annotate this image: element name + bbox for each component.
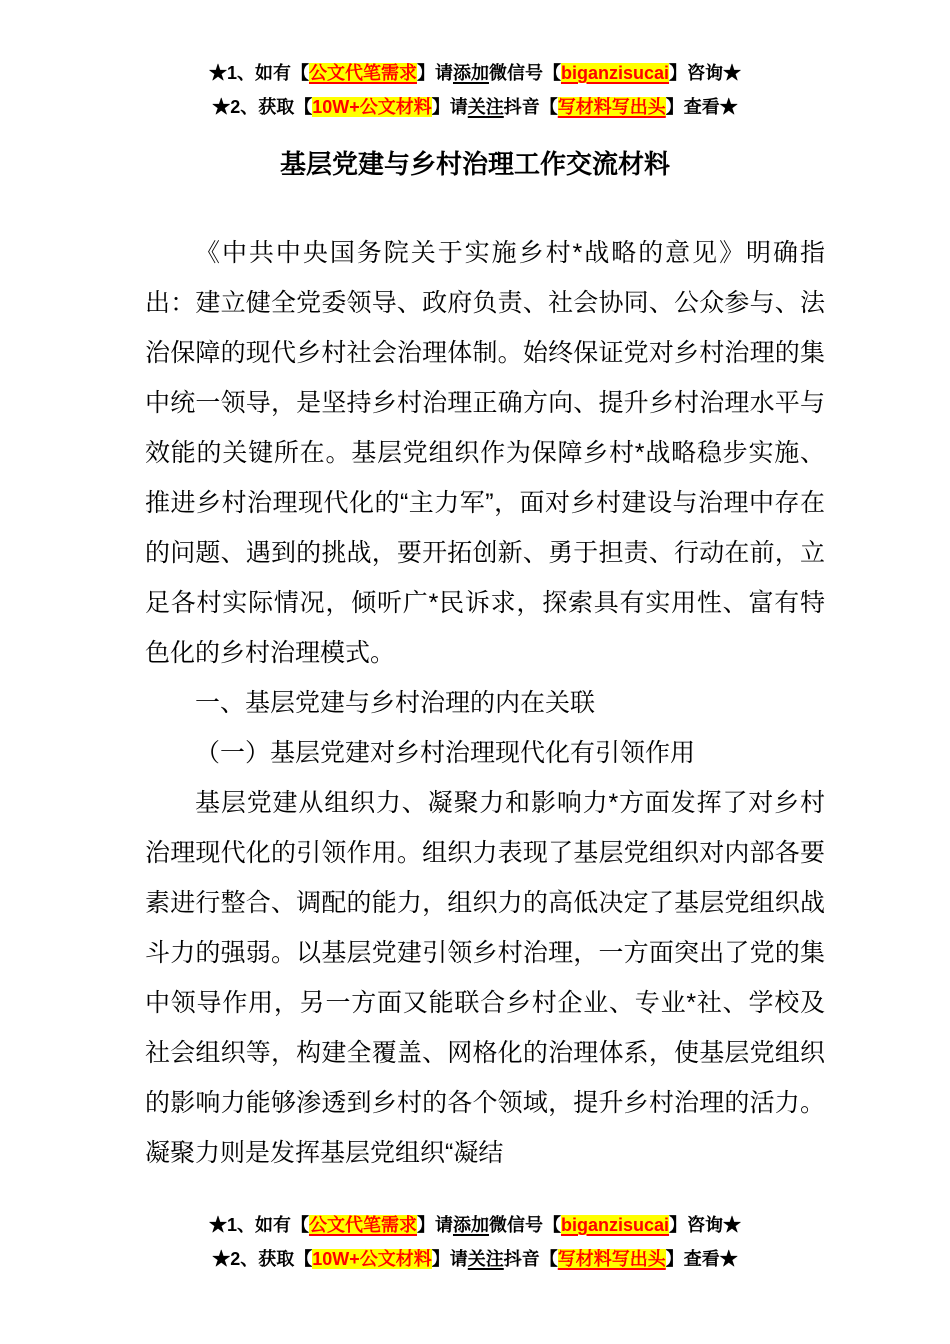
promo-underline-add: 添加 bbox=[453, 1215, 489, 1235]
promo-text: 】请 bbox=[432, 97, 468, 117]
footer-promo-line-2: ★2、获取【10W+公文材料】请关注抖音【写材料写出头】查看★ bbox=[0, 1242, 950, 1276]
promo-text: 微信号【 bbox=[489, 63, 561, 83]
promo-text: ★2、获取【 bbox=[212, 1249, 312, 1269]
promo-highlight-douyin-id: 写材料写出头 bbox=[558, 97, 666, 117]
section-heading: （一）基层党建对乡村治理现代化有引领作用 bbox=[145, 728, 825, 778]
promo-text: ★2、获取【 bbox=[212, 97, 312, 117]
promo-underline-follow: 关注 bbox=[468, 1249, 504, 1269]
promo-text: ★1、如有【 bbox=[209, 63, 309, 83]
header-promo-line-1: ★1、如有【公文代笔需求】请添加微信号【biganzisucai】咨询★ bbox=[0, 56, 950, 90]
promo-underline-add: 添加 bbox=[453, 63, 489, 83]
page-footer: ★1、如有【公文代笔需求】请添加微信号【biganzisucai】咨询★ ★2、… bbox=[0, 1208, 950, 1276]
promo-highlight-writing-service: 公文代笔需求 bbox=[309, 1215, 417, 1235]
page-header: ★1、如有【公文代笔需求】请添加微信号【biganzisucai】咨询★ ★2、… bbox=[0, 56, 950, 124]
promo-highlight-materials: 10W+公文材料 bbox=[312, 97, 432, 117]
promo-text: 】请 bbox=[432, 1249, 468, 1269]
promo-highlight-douyin-id: 写材料写出头 bbox=[558, 1249, 666, 1269]
document-page: ★1、如有【公文代笔需求】请添加微信号【biganzisucai】咨询★ ★2、… bbox=[0, 0, 950, 1344]
header-promo-line-2: ★2、获取【10W+公文材料】请关注抖音【写材料写出头】查看★ bbox=[0, 90, 950, 124]
paragraph: 《中共中央国务院关于实施乡村*战略的意见》明确指出：建立健全党委领导、政府负责、… bbox=[145, 228, 825, 678]
promo-text: 】查看★ bbox=[666, 1249, 738, 1269]
promo-text: 】咨询★ bbox=[669, 1215, 741, 1235]
document-body: 《中共中央国务院关于实施乡村*战略的意见》明确指出：建立健全党委领导、政府负责、… bbox=[145, 228, 825, 1178]
footer-promo-line-1: ★1、如有【公文代笔需求】请添加微信号【biganzisucai】咨询★ bbox=[0, 1208, 950, 1242]
paragraph: 基层党建从组织力、凝聚力和影响力*方面发挥了对乡村治理现代化的引领作用。组织力表… bbox=[145, 778, 825, 1178]
promo-text: 】咨询★ bbox=[669, 63, 741, 83]
promo-text: 】请 bbox=[417, 63, 453, 83]
promo-underline-follow: 关注 bbox=[468, 97, 504, 117]
promo-highlight-writing-service: 公文代笔需求 bbox=[309, 63, 417, 83]
promo-text: 】请 bbox=[417, 1215, 453, 1235]
section-heading: 一、基层党建与乡村治理的内在关联 bbox=[145, 678, 825, 728]
promo-text: 抖音【 bbox=[504, 1249, 558, 1269]
promo-highlight-materials: 10W+公文材料 bbox=[312, 1249, 432, 1269]
promo-text: 微信号【 bbox=[489, 1215, 561, 1235]
promo-text: 】查看★ bbox=[666, 97, 738, 117]
document-title: 基层党建与乡村治理工作交流材料 bbox=[0, 142, 950, 186]
promo-highlight-wechat-id: biganzisucai bbox=[561, 63, 669, 83]
promo-text: ★1、如有【 bbox=[209, 1215, 309, 1235]
promo-text: 抖音【 bbox=[504, 97, 558, 117]
promo-highlight-wechat-id: biganzisucai bbox=[561, 1215, 669, 1235]
